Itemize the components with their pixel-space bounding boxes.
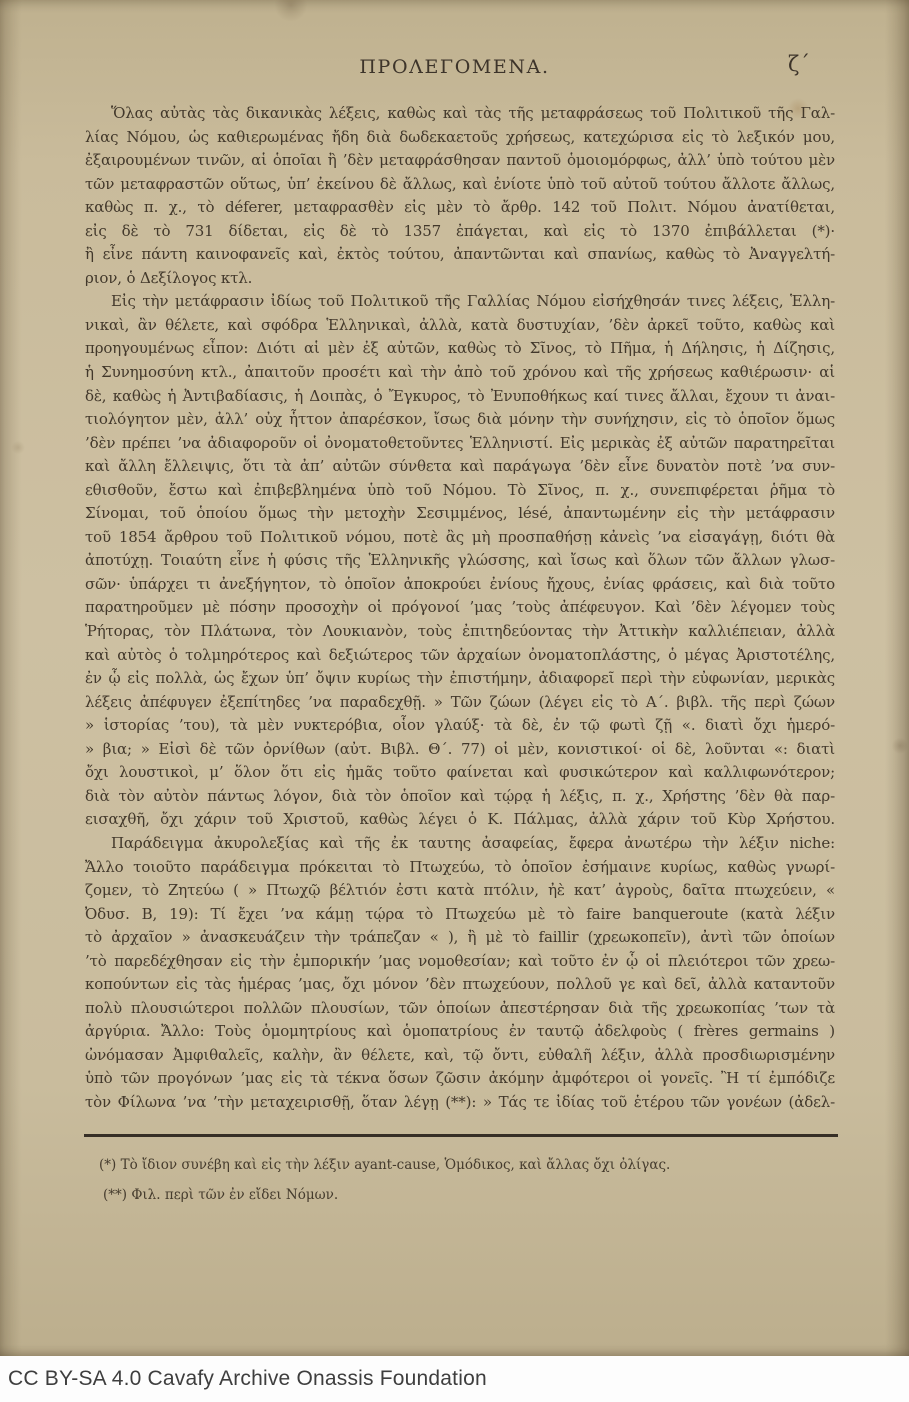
license-bar: CC BY-SA 4.0 Cavafy Archive Onassis Foun… [0, 1356, 909, 1402]
footnotes: (*) Τὸ ἴδιον συνέβη καὶ εἰς τὴν λέξιν ay… [99, 1150, 829, 1210]
text-line: ’δὲν πρέπει ’να ἀδιαφοροῦν οἱ ὀνοματοθετ… [85, 432, 835, 456]
text-line: ἡ Συνημοσύνη κτλ., ἀπαιτοῦν προσέτι καὶ … [85, 361, 835, 385]
footnote: (*) Τὸ ἴδιον συνέβη καὶ εἰς τὴν λέξιν ay… [99, 1150, 829, 1180]
text-line: Ὀδυσ. Β, 19): Τί ἔχει ’να κάμῃ τῴρα τὸ Π… [85, 903, 835, 927]
text-line: ’τὸ παρεδέχθησαν εἰς τὴν ἐμπορικήν ’μας … [85, 950, 835, 974]
text-line: λίας Νόμου, ὡς καθιερωμένας ἤδη διὰ δωδε… [85, 126, 835, 150]
text-line: κοπούντων εἰς τὰς ἡμέρας ’μας, ὄχι μόνον… [85, 973, 835, 997]
text-line: ἢ εἶνε πάντη καινοφανεῖς καὶ, ἐκτὸς τούτ… [85, 243, 835, 267]
text-line: τῶν μεταφραστῶν οὕτως, ὑπ’ ἐκείνου δὲ ἄλ… [85, 173, 835, 197]
text-line: λέξεις ἀπέφυγεν ἐξεπίτηδες ’να παραδεχθῇ… [85, 691, 835, 715]
text-line: εισαχθῆ, ὄχι χάριν τοῦ Χριστοῦ, καθὼς λέ… [85, 808, 835, 832]
text-line: Σίνομαι, τοῦ ὁποίου ὅμως τὴν μετοχὴν Σεσ… [85, 502, 835, 526]
text-line: καὶ αὐτὸς ὁ τολμηρότερος καὶ δεξιώτερος … [85, 644, 835, 668]
text-line: ὄχι λουστικοὶ, μ’ ὅλον ὅτι εἰς ἡμᾶς τοῦτ… [85, 761, 835, 785]
text-line: παρατηροῦμεν μὲ πόσην προσοχὴν οἱ πρόγον… [85, 596, 835, 620]
text-line: τιολόγητον μὲν, ἀλλ’ οὐχ ἧττον ἀπαρέσκον… [85, 408, 835, 432]
footnote: (**) Φιλ. περὶ τῶν ἐν εἴδει Νόμων. [99, 1180, 829, 1210]
text-line: ἀποτύχῃ. Τοιαύτη εἶνε ἡ φύσις τῆς Ἑλληνι… [85, 549, 835, 573]
page-header: ΠΡΟΛΕΓΟΜΕΝΑ. ζ´ [0, 56, 909, 86]
text-line: εθισθοῦν, ἔστω καὶ ἐπιβεβλημένα ὑπὸ τοῦ … [85, 479, 835, 503]
text-line: τὸν Φίλωνα ’να ’τὴν μεταχειρισθῇ, ὅταν λ… [85, 1091, 835, 1115]
text-line: δὲ, καθὼς ἡ Ἀντιβαδίασις, ἡ Δοιπὰς, ὁ Ἔγ… [85, 385, 835, 409]
text-line: διὰ τὸν αὐτὸν πάντως λόγον, διὰ τὸν ὁποῖ… [85, 785, 835, 809]
text-line: ὑπὸ τῶν προγόνων ’μας εἰς τὰ τέκνα ὅσων … [85, 1067, 835, 1091]
text-line: » βια; » Εἰσὶ δὲ τῶν ὀρνίθων (αὐτ. Βιβλ.… [85, 738, 835, 762]
page-title: ΠΡΟΛΕΓΟΜΕΝΑ. [0, 56, 909, 78]
screenshot-stage: ΠΡΟΛΕΓΟΜΕΝΑ. ζ´ Ὅλας αὐτὰς τὰς δικανικὰς… [0, 0, 909, 1402]
text-line: εἰς δὲ τὸ 731 δίδεται, εἰς δὲ τὸ 1357 ἐπ… [85, 220, 835, 244]
text-line: πολὺ πλουσιώτεροι πολλῶν πλουσίων, τῶν ὁ… [85, 997, 835, 1021]
text-line: Ῥήτορας, τὸν Πλάτωνα, τὸν Λουκιανὸν, τοὺ… [85, 620, 835, 644]
text-line: καὶ ἄλλη ἔλλειψις, ὅτι τὰ ἀπ’ αὐτῶν σύνθ… [85, 455, 835, 479]
page-number: ζ´ [788, 52, 810, 76]
text-line: ζομεν, τὸ Ζητεύω ( » Πτωχῷ βέλτιόν ἐστι … [85, 879, 835, 903]
text-line: ἐν ᾧ εἰς πολλὰ, ὡς ἔχων ὑπ’ ὄψιν κυρίως … [85, 667, 835, 691]
text-line: » ἱστορίας ’του), τὰ μὲν νυκτερόβια, οἷο… [85, 714, 835, 738]
text-line: καθὼς π. χ., τὸ déferer, μεταφρασθὲν εἰς… [85, 196, 835, 220]
book-page-scan: ΠΡΟΛΕΓΟΜΕΝΑ. ζ´ Ὅλας αὐτὰς τὰς δικανικὰς… [0, 0, 909, 1356]
text-line: Ἄλλο τοιοῦτο παράδειγμα πρόκειται τὸ Πτω… [85, 856, 835, 880]
text-line: ὠνόμασαν Ἀμφιθαλεῖς, καλὴν, ἂν θέλετε, κ… [85, 1044, 835, 1068]
text-line: ἐξαιρουμένων τινῶν, αἱ ὁποῖαι ἢ ’δὲν μετ… [85, 149, 835, 173]
text-line: νικαὶ, ἂν θέλετε, καὶ σφόδρα Ἑλληνικαὶ, … [85, 314, 835, 338]
text-line: ριον, ὁ Δεξίλογος κτλ. [85, 267, 835, 291]
text-line: Εἰς τὴν μετάφρασιν ἰδίως τοῦ Πολιτικοῦ τ… [85, 290, 835, 314]
footnote-rule [84, 1134, 838, 1137]
text-line: προηγουμένως εἶπον: Διότι αἱ μὲν ἐξ αὐτῶ… [85, 337, 835, 361]
text-line: ἀργύρια. Ἄλλο: Τοὺς ὁμομητρίους καὶ ὁμοπ… [85, 1020, 835, 1044]
text-line: σῶν· ὑπάρχει τι ἀνεξήγητον, τὸ ὁποῖον ἀπ… [85, 573, 835, 597]
text-line: Παράδειγμα ἀκυρολεξίας καὶ τῆς ἐκ ταυτης… [85, 832, 835, 856]
license-caption: CC BY-SA 4.0 Cavafy Archive Onassis Foun… [0, 1367, 487, 1391]
body-text: Ὅλας αὐτὰς τὰς δικανικὰς λέξεις, καθὼς κ… [85, 102, 835, 1115]
text-line: τοῦ 1854 ἄρθρου τοῦ Πολιτικοῦ νόμου, ποτ… [85, 526, 835, 550]
text-line: Ὅλας αὐτὰς τὰς δικανικὰς λέξεις, καθὼς κ… [85, 102, 835, 126]
text-line: τὸ ἀρχαῖον » ἀνασκευάζειν τὴν τράπεζαν «… [85, 926, 835, 950]
